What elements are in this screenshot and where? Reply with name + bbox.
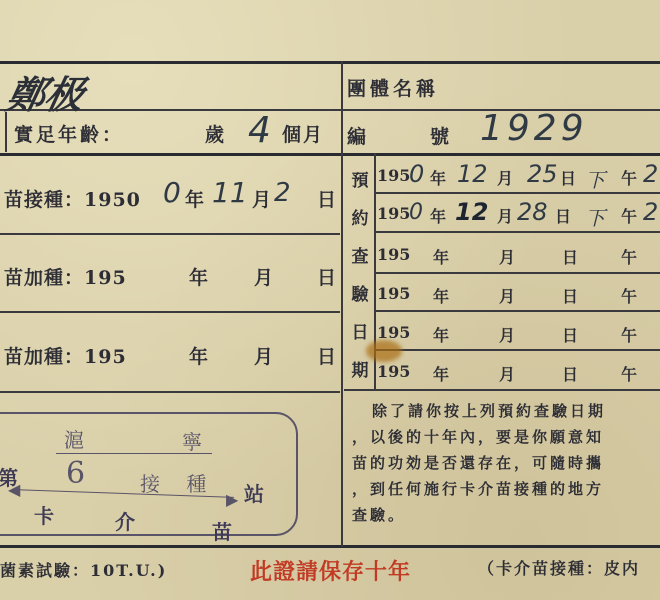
rule-vacc xyxy=(0,233,340,235)
row-year-label: 年 xyxy=(433,245,449,268)
schedule-row: 195 0 年 12 月 28 日 下 午 2 xyxy=(377,202,660,230)
row-month-label: 月 xyxy=(497,204,513,227)
age-label: 實足年齡： xyxy=(14,120,124,147)
row-day: 28 xyxy=(517,198,548,226)
stamp-middle: 接 種 xyxy=(140,468,216,497)
sched-rule-5 xyxy=(376,349,660,351)
notice-right-border xyxy=(344,389,660,391)
row-month-label: 月 xyxy=(499,362,515,385)
vaccination-day: 2 xyxy=(274,178,291,208)
row-prefix: 195 xyxy=(377,284,410,303)
stamp-bottom-1: 卡 xyxy=(34,500,54,529)
stamp-number: 6 xyxy=(66,456,85,491)
booster2-day-char: 日 xyxy=(317,342,339,369)
number-label-2: 號 xyxy=(430,122,452,149)
row-month-label: 月 xyxy=(497,166,513,189)
row-month-label: 月 xyxy=(499,323,515,346)
row-day-label: 日 xyxy=(562,284,578,307)
booster1-day-char: 日 xyxy=(317,263,339,290)
vaccination-month: 11 xyxy=(212,176,248,209)
row-prefix: 195 xyxy=(377,166,410,185)
footer-keep-certificate: 此證請保存十年 xyxy=(250,555,411,586)
sched-rule-3 xyxy=(376,272,660,274)
top-rule xyxy=(0,61,660,64)
row-prefix: 195 xyxy=(377,362,410,381)
booster1-label: 苗加種：195 xyxy=(4,263,127,290)
row-noon-char: 午 xyxy=(621,323,637,346)
vaccination-label: 苗接種：1950 xyxy=(4,185,141,212)
notice-line: 除了請你按上列預約查驗日期 xyxy=(352,398,660,424)
vaccination-month-char: 月 xyxy=(252,185,274,212)
row-year-digit: 0 xyxy=(409,200,423,225)
schedule-label-char: 驗 xyxy=(349,276,371,314)
row-year-label: 年 xyxy=(433,362,449,385)
stamp-bottom-2: 介 xyxy=(115,506,135,535)
rule-age xyxy=(0,153,660,156)
row-month-label: 月 xyxy=(499,245,515,268)
row-noon-char: 午 xyxy=(621,362,637,385)
stamp-arrow-left-icon: ◀ xyxy=(8,480,20,499)
row-day-label: 日 xyxy=(562,323,578,346)
row-year-label: 年 xyxy=(430,204,446,227)
row-day-label: 日 xyxy=(562,362,578,385)
notice-block: 除了請你按上列預約查驗日期 ，以後的十年內，要是你願意知 苗的功効是否還存在，可… xyxy=(352,398,660,528)
stamp-top-right: 寧 xyxy=(182,426,202,455)
row-month-label: 月 xyxy=(499,284,515,307)
schedule-label-char: 預 xyxy=(349,162,371,200)
number-label-1: 編 xyxy=(347,122,369,149)
booster1-year-char: 年 xyxy=(189,263,211,290)
stamp-right-char: 站 xyxy=(244,478,264,507)
name-handwritten: 鄭极 xyxy=(2,64,90,119)
sched-rule-2 xyxy=(376,231,660,233)
notice-line: ，到任何施行卡介苗接種的地方 xyxy=(352,476,660,502)
row-time: 2 xyxy=(643,198,658,226)
row-ampm: 下 xyxy=(585,202,605,231)
row-time: 2 xyxy=(643,160,658,188)
schedule-row: 195 年 月 日 午 xyxy=(377,243,660,271)
row-prefix: 195 xyxy=(377,204,410,223)
sched-rule-4 xyxy=(376,310,660,312)
schedule-label-char: 查 xyxy=(349,238,371,276)
row-prefix: 195 xyxy=(377,245,410,264)
notice-line: ，以後的十年內，要是你願意知 xyxy=(352,424,660,450)
row-day-label: 日 xyxy=(555,204,571,227)
row-noon-char: 午 xyxy=(621,245,637,268)
rule-boost2 xyxy=(0,391,340,393)
booster2-month-char: 月 xyxy=(254,342,276,369)
row-month: 12 xyxy=(455,198,488,226)
row-year-label: 年 xyxy=(433,323,449,346)
row-ampm: 下 xyxy=(585,164,605,193)
row-day-label: 日 xyxy=(560,166,576,189)
booster1-month-char: 月 xyxy=(254,263,276,290)
sched-rule-1 xyxy=(376,192,660,194)
ink-stain xyxy=(366,340,402,362)
station-stamp: 滬 寧 第 6 接 種 站 ◀ ▶ 卡 介 苗 xyxy=(0,412,298,536)
age-years-label: 歲 xyxy=(205,120,227,147)
notice-line: 苗的功効是否還存在，可隨時攜 xyxy=(352,450,660,476)
center-divider xyxy=(341,61,343,547)
schedule-row: 195 年 月 日 午 xyxy=(377,321,660,349)
booster2-year-char: 年 xyxy=(189,342,211,369)
schedule-row: 195 0 12 年 12 月 25 日 下 午 2 xyxy=(377,164,660,192)
notice-line: 查驗。 xyxy=(352,502,660,528)
row-noon-char: 午 xyxy=(621,204,637,227)
schedule-label-char: 期 xyxy=(349,352,371,390)
vaccination-day-char: 日 xyxy=(317,185,339,212)
rule-boost1 xyxy=(0,311,340,313)
footer-left: 菌素試驗：10T.U.) xyxy=(0,558,167,581)
row-noon-char: 午 xyxy=(621,284,637,307)
stamp-divider xyxy=(56,453,212,454)
rule-bottom xyxy=(0,545,660,548)
age-months-label: 個月 xyxy=(282,120,324,147)
schedule-row: 195 年 月 日 午 xyxy=(377,282,660,310)
org-name-label: 團體名稱 xyxy=(347,74,439,101)
schedule-row: 195 年 月 日 午 xyxy=(377,360,660,388)
row-year-label: 年 xyxy=(430,166,446,189)
age-months-value: 4 xyxy=(248,110,271,151)
booster2-label: 苗加種：195 xyxy=(4,342,127,369)
row-year-digit: 0 xyxy=(409,160,424,188)
row-month: 12 xyxy=(457,160,488,188)
footer-right: （卡介苗接種：皮内 xyxy=(478,556,640,579)
vaccination-year-char: 年 xyxy=(185,185,207,212)
vaccination-year-digit: 0 xyxy=(163,176,181,209)
row-year-label: 年 xyxy=(433,284,449,307)
stamp-arrow-right-icon: ▶ xyxy=(226,490,238,509)
schedule-label-char: 約 xyxy=(349,200,371,238)
number-value: 1929 xyxy=(480,108,588,149)
row-noon-char: 午 xyxy=(621,166,637,189)
stamp-top-left: 滬 xyxy=(64,424,84,453)
row-day-label: 日 xyxy=(562,245,578,268)
stamp-bottom-3: 苗 xyxy=(212,516,232,545)
row-day: 25 xyxy=(527,160,558,188)
